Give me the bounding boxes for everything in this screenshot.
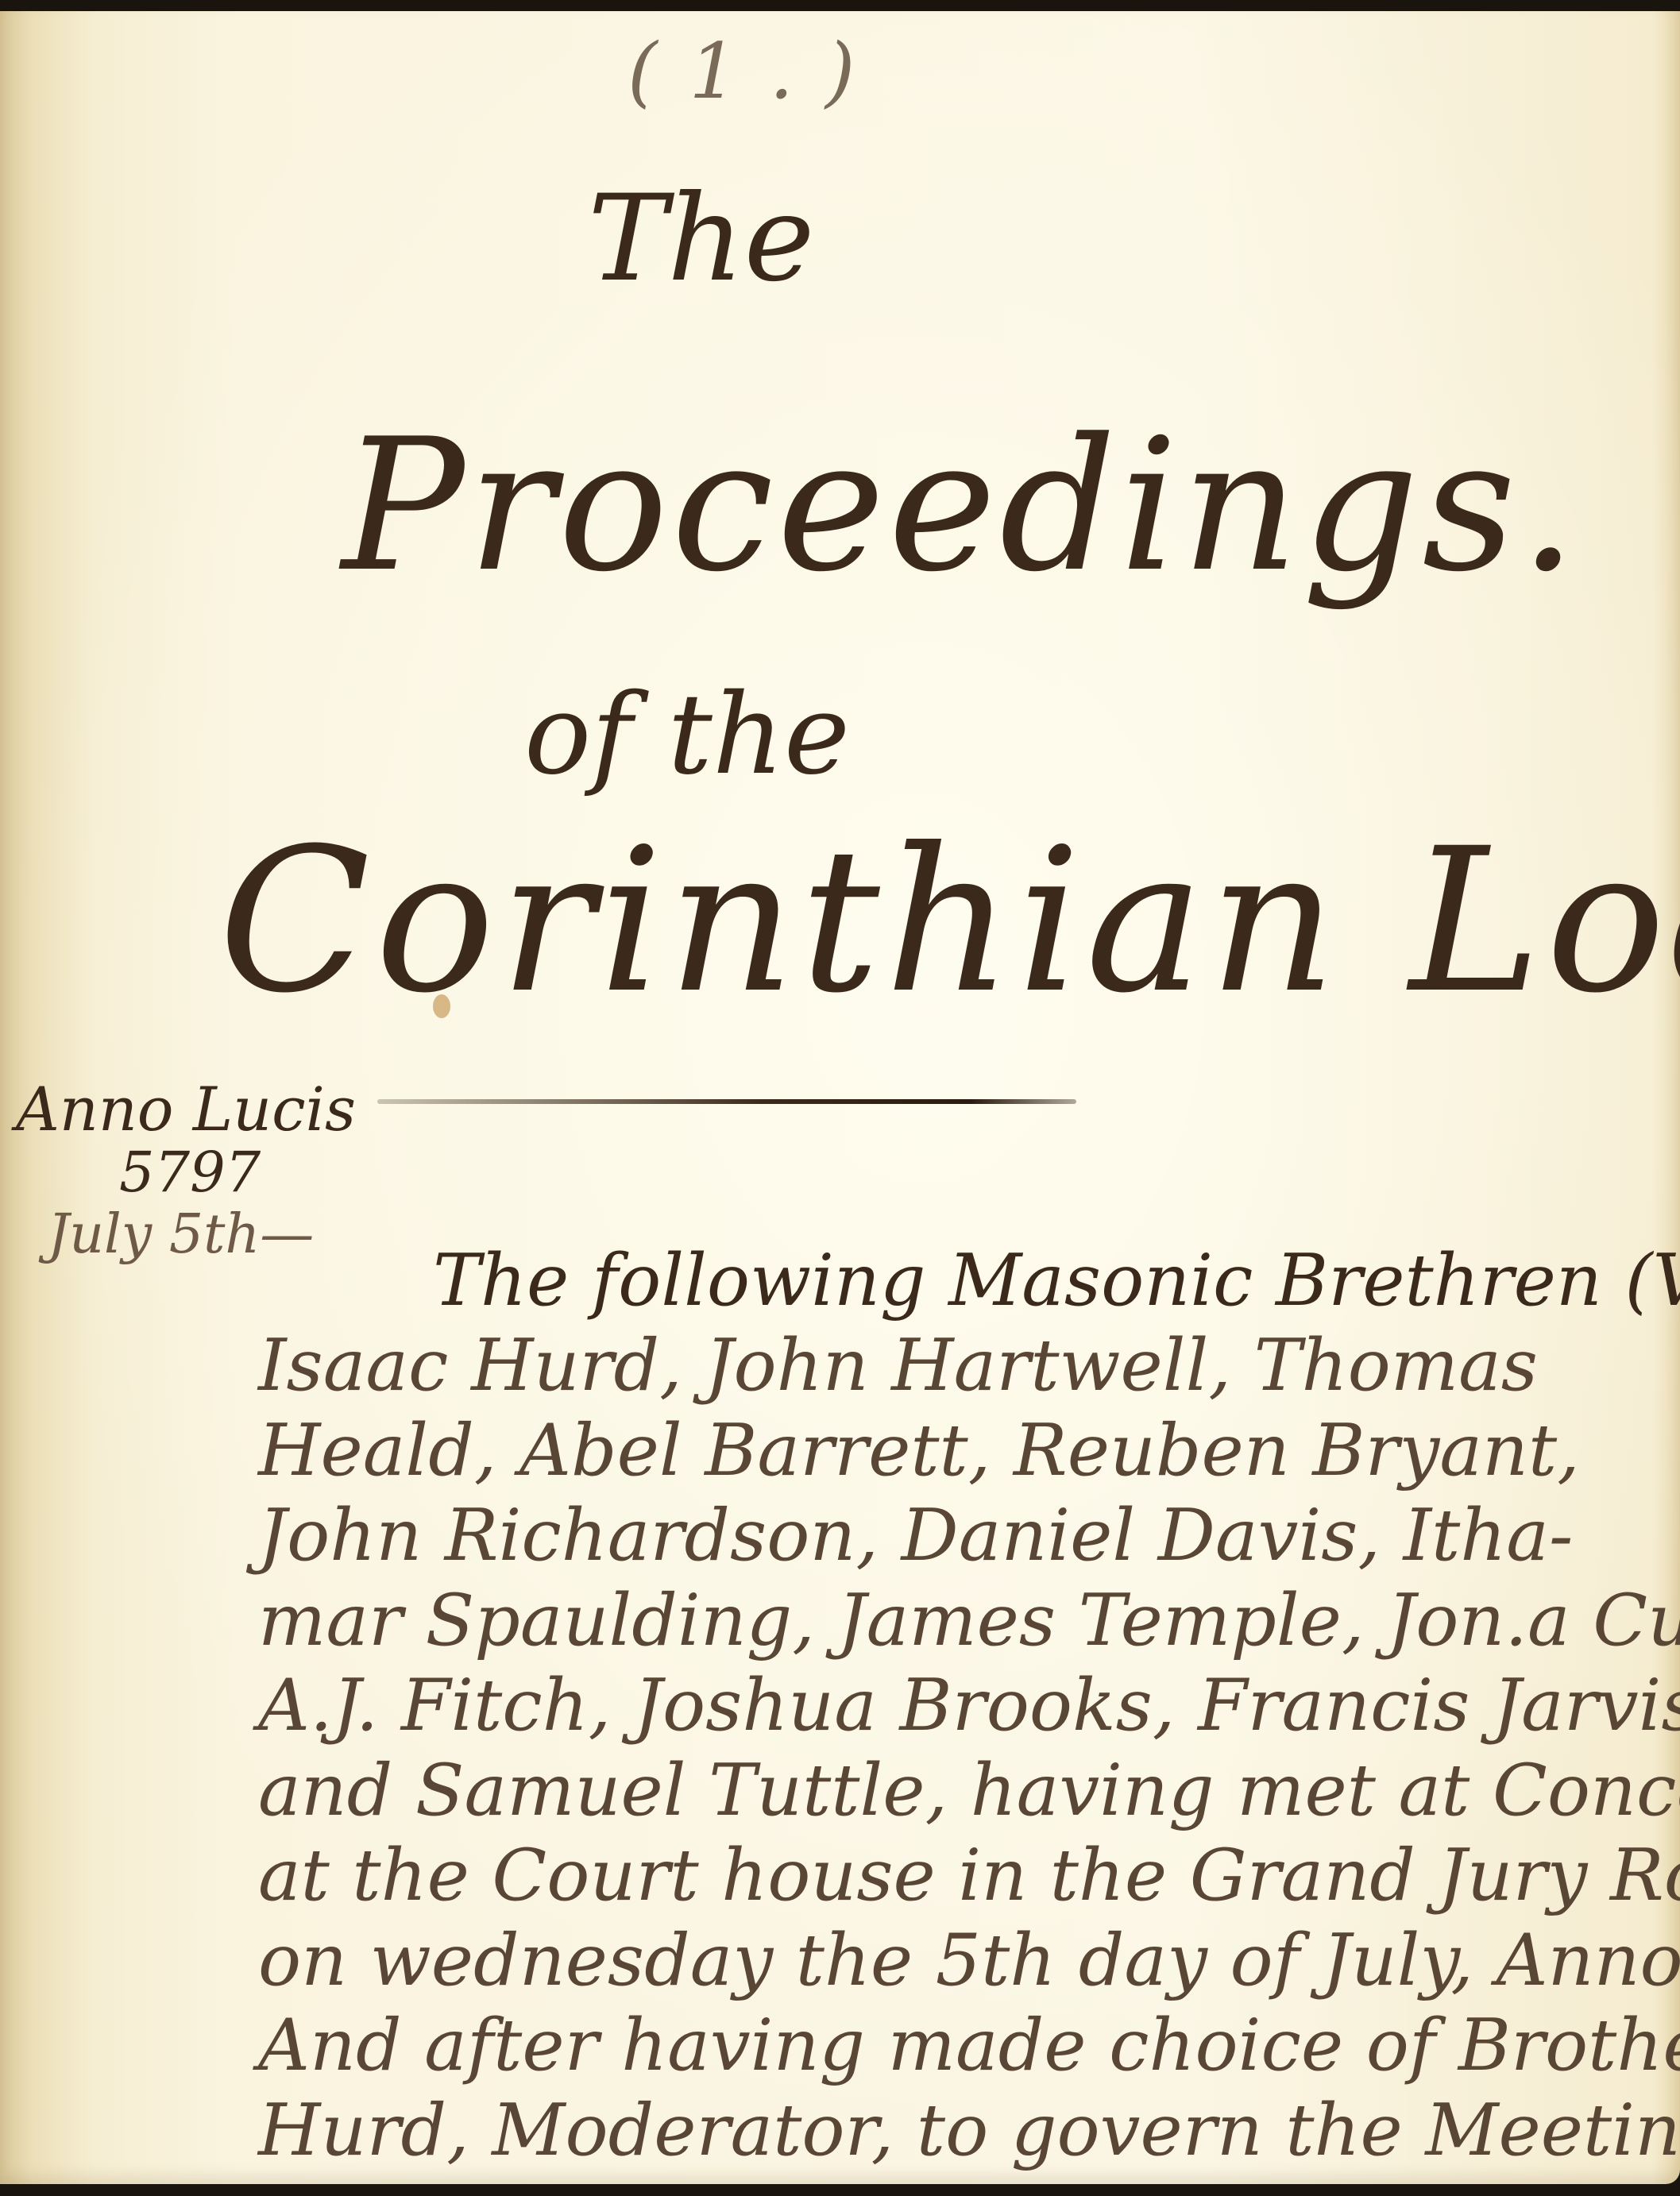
body-line: And after having made choice of Brother … [258,2003,1680,2088]
body-line: John Richardson, Daniel Davis, Itha- [258,1493,1680,1578]
body-paragraph: The following Masonic Brethren (Viz) Isa… [258,1238,1680,2173]
title-line-of-the: of the [524,670,850,800]
manuscript-page: (1.) The Proceedings. of the Corinthian … [0,11,1680,2184]
title-line-the: The [588,170,814,308]
body-line: A.J. Fitch, Joshua Brooks, Francis Jarvi… [258,1663,1680,1748]
page-number: (1.) [628,27,887,116]
body-line: Heald, Abel Barrett, Reuben Bryant, [258,1408,1680,1493]
margin-note-anno-lucis: Anno Lucis [16,1079,302,1140]
body-line: mar Spaulding, James Temple, Jon.a Curti… [258,1578,1680,1663]
body-line: Isaac Hurd, John Hartwell, Thomas [258,1323,1680,1408]
body-line: Hurd, Moderator, to govern the Meeting, … [258,2088,1680,2173]
margin-note-year: 5797 [119,1144,302,1200]
title-line-proceedings: Proceedings. [342,400,1581,612]
margin-date-note: Anno Lucis 5797 July 5th— [16,1079,302,1262]
body-line: The following Masonic Brethren (Viz) [258,1238,1680,1323]
body-line: at the Court house in the Grand Jury Roo… [258,1833,1680,1918]
title-divider-rule [377,1099,1076,1104]
ink-stain [433,994,450,1018]
body-line: and Samuel Tuttle, having met at Concord… [258,1748,1680,1833]
body-line: on wednesday the 5th day of July, Anno L… [258,1918,1680,2003]
